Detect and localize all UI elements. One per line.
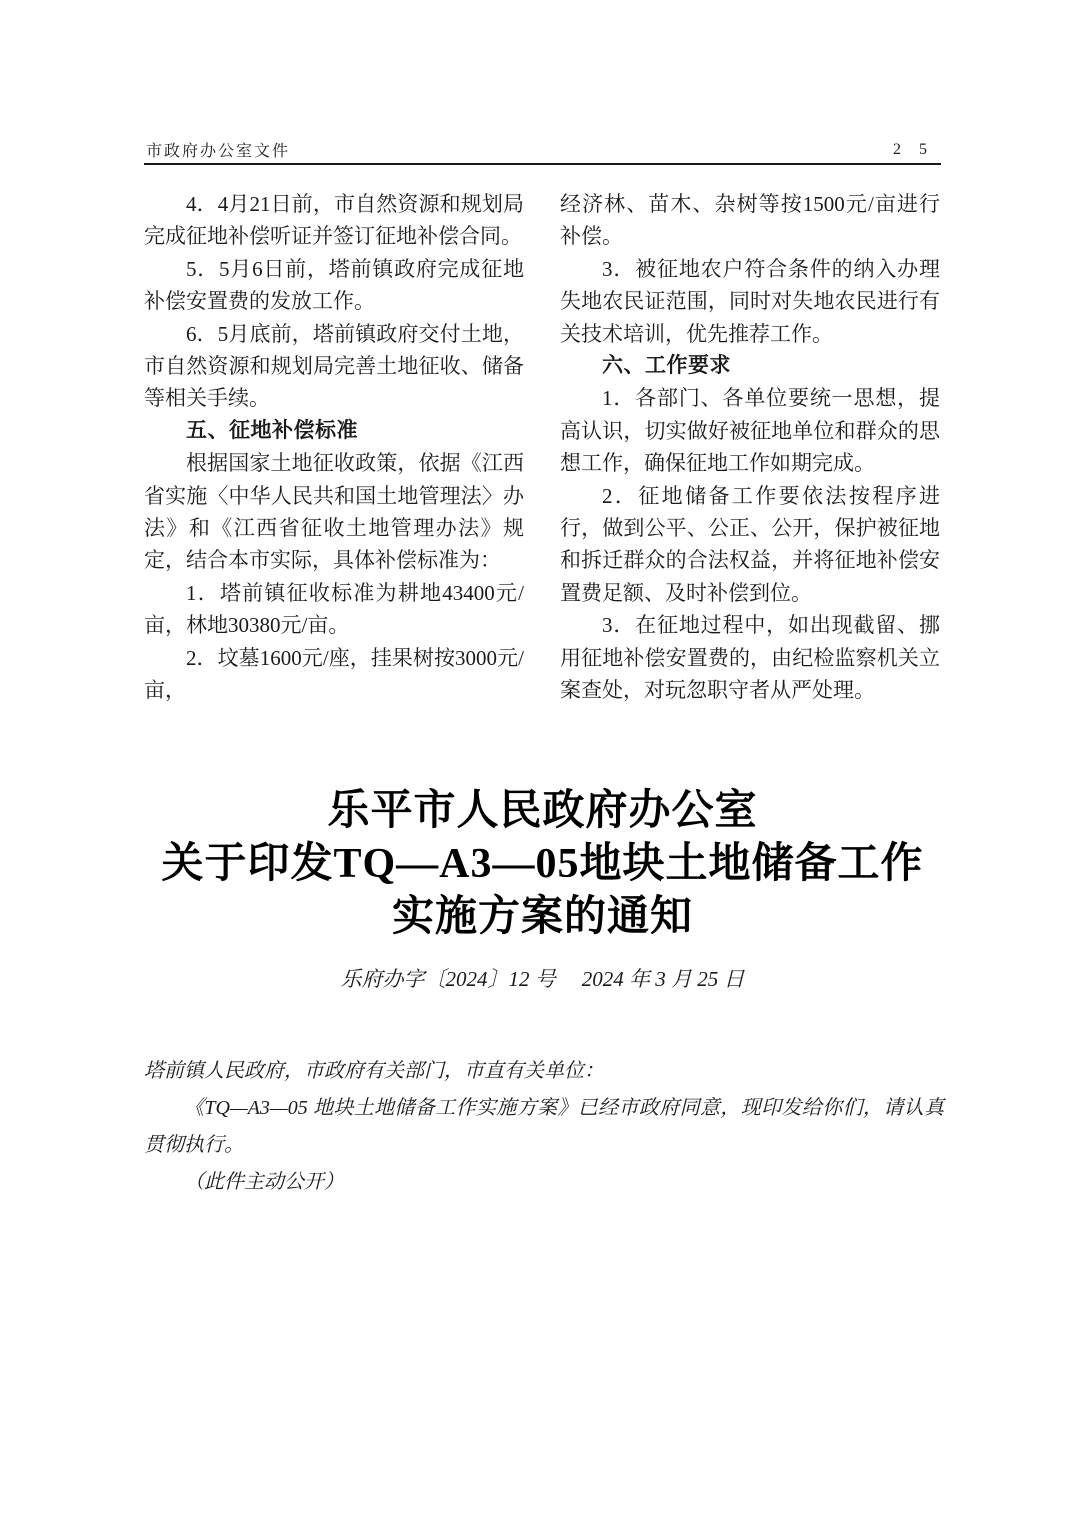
paragraph: 4．4月21日前，市自然资源和规划局完成征地补偿听证并签订征地补偿合同。	[144, 188, 524, 253]
title-block: 乐平市人民政府办公室 关于印发TQ—A3—05地块土地储备工作 实施方案的通知	[144, 785, 941, 944]
notice-disclosure: （此件主动公开）	[144, 1164, 944, 1201]
header-rule	[144, 163, 941, 165]
title-line-3: 实施方案的通知	[144, 891, 941, 944]
paragraph: 5．5月6日前，塔前镇政府完成征地补偿安置费的发放工作。	[144, 253, 524, 318]
doc-meta-line: 乐府办字〔2024〕12 号2024 年 3 月 25 日	[144, 963, 941, 993]
notice-section: 塔前镇人民政府，市政府有关部门，市直有关单位： 《TQ—A3—05 地块土地储备…	[144, 1053, 944, 1201]
left-column: 4．4月21日前，市自然资源和规划局完成征地补偿听证并签订征地补偿合同。5．5月…	[144, 188, 524, 707]
paragraph: 6．5月底前，塔前镇政府交付土地，市自然资源和规划局完善土地征收、储备等相关手续…	[144, 318, 524, 415]
paragraph: 经济林、苗木、杂树等按1500元/亩进行补偿。	[560, 188, 940, 253]
title-line-1: 乐平市人民政府办公室	[144, 785, 941, 838]
page-number: 2 5	[893, 141, 934, 159]
title-line-2: 关于印发TQ—A3—05地块土地储备工作	[144, 838, 941, 891]
paragraph: 3．在征地过程中，如出现截留、挪用征地补偿安置费的，由纪检监察机关立案查处，对玩…	[560, 609, 940, 706]
section-heading: 六、工作要求	[560, 350, 940, 382]
header-doc-type: 市政府办公室文件	[146, 138, 290, 161]
notice-body: 《TQ—A3—05 地块土地储备工作实施方案》已经市政府同意，现印发给你们，请认…	[144, 1090, 944, 1164]
paragraph: 1．塔前镇征收标准为耕地43400元/亩，林地30380元/亩。	[144, 577, 524, 642]
doc-date: 2024 年 3 月 25 日	[582, 967, 745, 991]
paragraph: 3．被征地农户符合条件的纳入办理失地农民证范围，同时对失地农民进行有关技术培训，…	[560, 253, 940, 350]
document-page: 市政府办公室文件 2 5 4．4月21日前，市自然资源和规划局完成征地补偿听证并…	[0, 0, 1074, 1520]
notice-salutation: 塔前镇人民政府，市政府有关部门，市直有关单位：	[144, 1053, 944, 1090]
paragraph: 2．坟墓1600元/座，挂果树按3000元/亩，	[144, 642, 524, 707]
right-column: 经济林、苗木、杂树等按1500元/亩进行补偿。3．被征地农户符合条件的纳入办理失…	[560, 188, 940, 707]
section-heading: 五、征地补偿标准	[144, 415, 524, 447]
paragraph: 2．征地储备工作要依法按程序进行，做到公平、公正、公开，保护被征地和拆迁群众的合…	[560, 480, 940, 610]
paragraph: 根据国家土地征收政策，依据《江西省实施〈中华人民共和国土地管理法〉办法》和《江西…	[144, 447, 524, 577]
doc-number: 乐府办字〔2024〕12 号	[341, 967, 556, 991]
paragraph: 1．各部门、各单位要统一思想，提高认识，切实做好被征地单位和群众的思想工作，确保…	[560, 382, 940, 479]
body-columns: 4．4月21日前，市自然资源和规划局完成征地补偿听证并签订征地补偿合同。5．5月…	[144, 188, 941, 707]
